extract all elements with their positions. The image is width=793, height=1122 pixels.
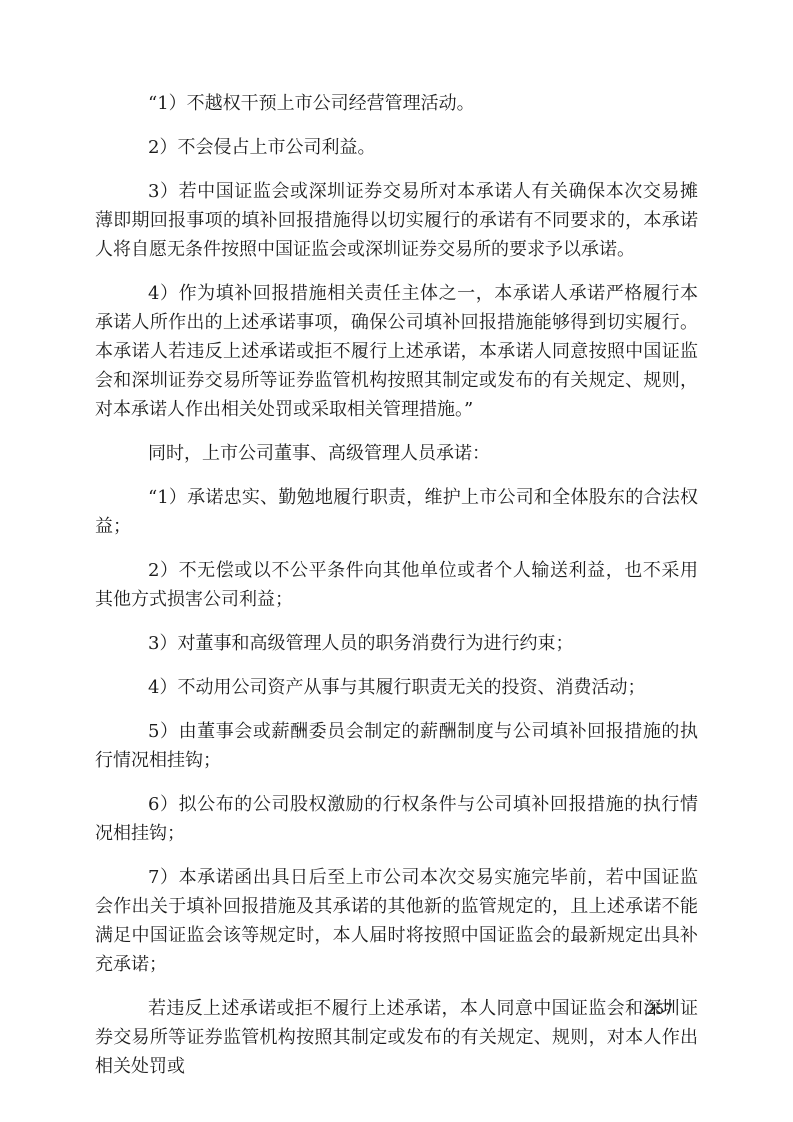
paragraph: 2）不会侵占上市公司利益。 — [95, 133, 698, 162]
paragraph: 3）对董事和高级管理人员的职务消费行为进行约束； — [95, 629, 698, 658]
paragraph: 6）拟公布的公司股权激励的行权条件与公司填补回报措施的执行情况相挂钩； — [95, 790, 698, 848]
paragraph: 2）不无偿或以不公平条件向其他单位或者个人输送利益，也不采用其他方式损害公司利益… — [95, 556, 698, 614]
paragraph: 若违反上述承诺或拒不履行上述承诺，本人同意中国证监会和深圳证券交易所等证券监管机… — [95, 994, 698, 1081]
paragraph: 4）作为填补回报措施相关责任主体之一，本承诺人承诺严格履行本承诺人所作出的上述承… — [95, 279, 698, 424]
page-number: 257 — [646, 1002, 673, 1018]
paragraph: 3）若中国证监会或深圳证券交易所对本承诺人有关确保本次交易摊薄即期回报事项的填补… — [95, 177, 698, 264]
document-body: “1）不越权干预上市公司经营管理活动。 2）不会侵占上市公司利益。 3）若中国证… — [95, 89, 698, 1096]
document-page: “1）不越权干预上市公司经营管理活动。 2）不会侵占上市公司利益。 3）若中国证… — [0, 0, 793, 1122]
paragraph: 5）由董事会或薪酬委员会制定的薪酬制度与公司填补回报措施的执行情况相挂钩； — [95, 717, 698, 775]
paragraph: 同时，上市公司董事、高级管理人员承诺： — [95, 439, 698, 468]
paragraph: 7）本承诺函出具日后至上市公司本次交易实施完毕前，若中国证监会作出关于填补回报措… — [95, 863, 698, 979]
paragraph: “1）承诺忠实、勤勉地履行职责，维护上市公司和全体股东的合法权益； — [95, 483, 698, 541]
paragraph: “1）不越权干预上市公司经营管理活动。 — [95, 89, 698, 118]
paragraph: 4）不动用公司资产从事与其履行职责无关的投资、消费活动； — [95, 673, 698, 702]
